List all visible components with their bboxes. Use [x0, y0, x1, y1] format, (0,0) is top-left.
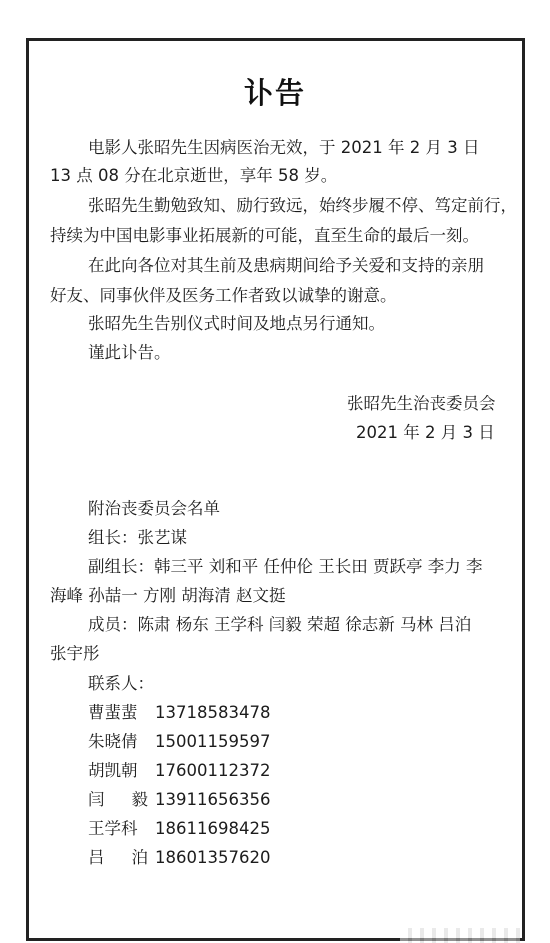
- contact-name: 吕 泊: [88, 847, 148, 869]
- paragraph-3-line-1: 在此向各位对其生前及患病期间给予关爱和支持的亲朋: [88, 255, 484, 277]
- contact-row: 闫 毅 13911656356: [88, 789, 270, 811]
- paragraph-2-line-1: 张昭先生勤勉致知、励行致远，始终步履不停、笃定前行，: [88, 195, 517, 217]
- contact-name-part: 闫: [88, 789, 105, 811]
- paragraph-1-line-2: 13 点 08 分在北京逝世，享年 58 岁。: [50, 165, 337, 187]
- contact-row: 王学科 18611698425: [88, 818, 270, 840]
- committee-deputy-line-2: 海峰 孙喆一 方刚 胡海清 赵文挺: [50, 585, 285, 607]
- committee-heading: 附治丧委员会名单: [88, 498, 220, 520]
- contact-name: 曹蜚蜚: [88, 702, 148, 724]
- contact-phone: 18611698425: [155, 818, 270, 840]
- contact-name-part: 毅: [132, 789, 149, 811]
- contacts-label: 联系人：: [88, 673, 154, 695]
- contact-row: 曹蜚蜚 13718583478: [88, 702, 270, 724]
- paragraph-5-line-1: 谨此讣告。: [88, 342, 171, 364]
- watermark: [400, 928, 520, 943]
- signature-date: 2021 年 2 月 3 日: [356, 422, 495, 444]
- document-title: 讣告: [0, 75, 550, 111]
- contact-phone: 13911656356: [155, 789, 270, 811]
- committee-members-line-2: 张宇彤: [50, 643, 100, 665]
- contact-row: 朱晓倩 15001159597: [88, 731, 270, 753]
- contact-name-part: 泊: [132, 847, 149, 869]
- paragraph-4-line-1: 张昭先生告别仪式时间及地点另行通知。: [88, 313, 385, 335]
- contact-row: 胡凯朝 17600112372: [88, 760, 270, 782]
- committee-deputy-line-1: 副组长：韩三平 刘和平 任仲伦 王长田 贾跃亭 李力 李: [88, 556, 482, 578]
- contact-phone: 18601357620: [155, 847, 270, 869]
- paragraph-2-line-2: 持续为中国电影事业拓展新的可能，直至生命的最后一刻。: [50, 225, 479, 247]
- contact-name: 王学科: [88, 818, 148, 840]
- contact-row: 吕 泊 18601357620: [88, 847, 270, 869]
- contact-phone: 15001159597: [155, 731, 270, 753]
- paragraph-3-line-2: 好友、同事伙伴及医务工作者致以诚挚的谢意。: [50, 285, 397, 307]
- contact-name: 朱晓倩: [88, 731, 148, 753]
- paragraph-1-line-1: 电影人张昭先生因病医治无效，于 2021 年 2 月 3 日: [88, 137, 479, 159]
- committee-leader: 组长：张艺谋: [88, 527, 187, 549]
- contact-phone: 13718583478: [155, 702, 270, 724]
- contact-name: 闫 毅: [88, 789, 148, 811]
- signature-organization: 张昭先生治丧委员会: [347, 393, 496, 415]
- committee-members-line-1: 成员：陈肃 杨东 王学科 闫毅 荣超 徐志新 马林 吕泊: [88, 614, 471, 636]
- contact-name: 胡凯朝: [88, 760, 148, 782]
- contact-name-part: 吕: [88, 847, 105, 869]
- contact-phone: 17600112372: [155, 760, 270, 782]
